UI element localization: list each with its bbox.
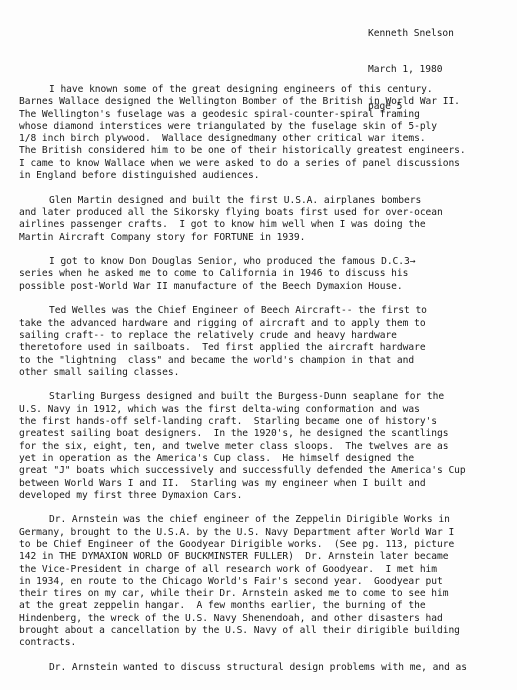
paragraph: I have known some of the great designing… [19,84,517,182]
paragraph: Dr. Arnstein was the chief engineer of t… [19,514,517,649]
text-line: theretofore used in sailboats. Ted first… [19,342,517,354]
text-line: and later produced all the Sikorsky flyi… [19,207,517,219]
text-line: between World Wars I and II. Starling wa… [19,478,517,490]
paragraph: I got to know Don Douglas Senior, who pr… [19,256,517,293]
text-line: The British considered him to be one of … [19,145,517,157]
text-line: the first hands-off self-landing craft. … [19,416,517,428]
text-line: contracts. [19,637,517,649]
letter-date: March 1, 1980 [368,64,454,76]
text-line: I got to know Don Douglas Senior, who pr… [19,256,517,268]
text-line: Dr. Arnstein wanted to discuss structura… [19,662,517,674]
text-line: Hindenberg, the wreck of the U.S. Navy S… [19,613,517,625]
text-line: in England before distinguished audience… [19,170,517,182]
text-line: their tires on my car, while their Dr. A… [19,588,517,600]
text-line: greatest sailing boat designers. In the … [19,428,517,440]
text-line: yet in operation as the America's Cup cl… [19,453,517,465]
text-line: great "J" boats which successively and s… [19,465,517,477]
text-line: Germany, brought to the U.S.A. by the U.… [19,527,517,539]
text-line: developed my first three Dymaxion Cars. [19,490,517,502]
text-line: Dr. Arnstein was the chief engineer of t… [19,514,517,526]
text-line: the Vice-President in charge of all rese… [19,564,517,576]
author-name: Kenneth Snelson [368,28,454,40]
text-line: sailing craft-- to replace the relativel… [19,330,517,342]
text-line: whose diamond interstices were triangula… [19,121,517,133]
text-line: other small sailing classes. [19,367,517,379]
text-line: airlines passenger crafts. I got to know… [19,219,517,231]
text-line: Glen Martin designed and built the first… [19,195,517,207]
text-line: brought about a cancellation by the U.S.… [19,625,517,637]
text-line: Ted Welles was the Chief Engineer of Bee… [19,305,517,317]
paragraph: Ted Welles was the Chief Engineer of Bee… [19,305,517,379]
text-line: I have known some of the great designing… [19,84,517,96]
paragraph: Starling Burgess designed and built the … [19,391,517,502]
text-line: in 1934, en route to the Chicago World's… [19,576,517,588]
text-line: Martin Aircraft Company story for FORTUN… [19,232,517,244]
paragraph: Glen Martin designed and built the first… [19,195,517,244]
text-line: possible post-World War II manufacture o… [19,281,517,293]
text-line: to be Chief Engineer of the Goodyear Dir… [19,539,517,551]
text-line: 1/8 inch birch plywood. Wallace designed… [19,133,517,145]
text-line: take the advanced hardware and rigging o… [19,318,517,330]
text-line: U.S. Navy in 1912, which was the first d… [19,404,517,416]
text-line: The Wellington's fuselage was a geodesic… [19,109,517,121]
document-page: Kenneth Snelson March 1, 1980 page 5 I h… [0,0,517,690]
text-line: series when he asked me to come to Calif… [19,268,517,280]
text-line: Starling Burgess designed and built the … [19,391,517,403]
text-line: I came to know Wallace when we were aske… [19,158,517,170]
letter-body: I have known some of the great designing… [19,84,517,687]
text-line: at the great zeppelin hangar. A few mont… [19,600,517,612]
paragraph: Dr. Arnstein wanted to discuss structura… [19,662,517,674]
text-line: 142 in THE DYMAXION WORLD OF BUCKMINSTER… [19,551,517,563]
text-line: Barnes Wallace designed the Wellington B… [19,96,517,108]
text-line: for the six, eight, ten, and twelve mete… [19,441,517,453]
text-line: to the "lightning class" and became the … [19,355,517,367]
